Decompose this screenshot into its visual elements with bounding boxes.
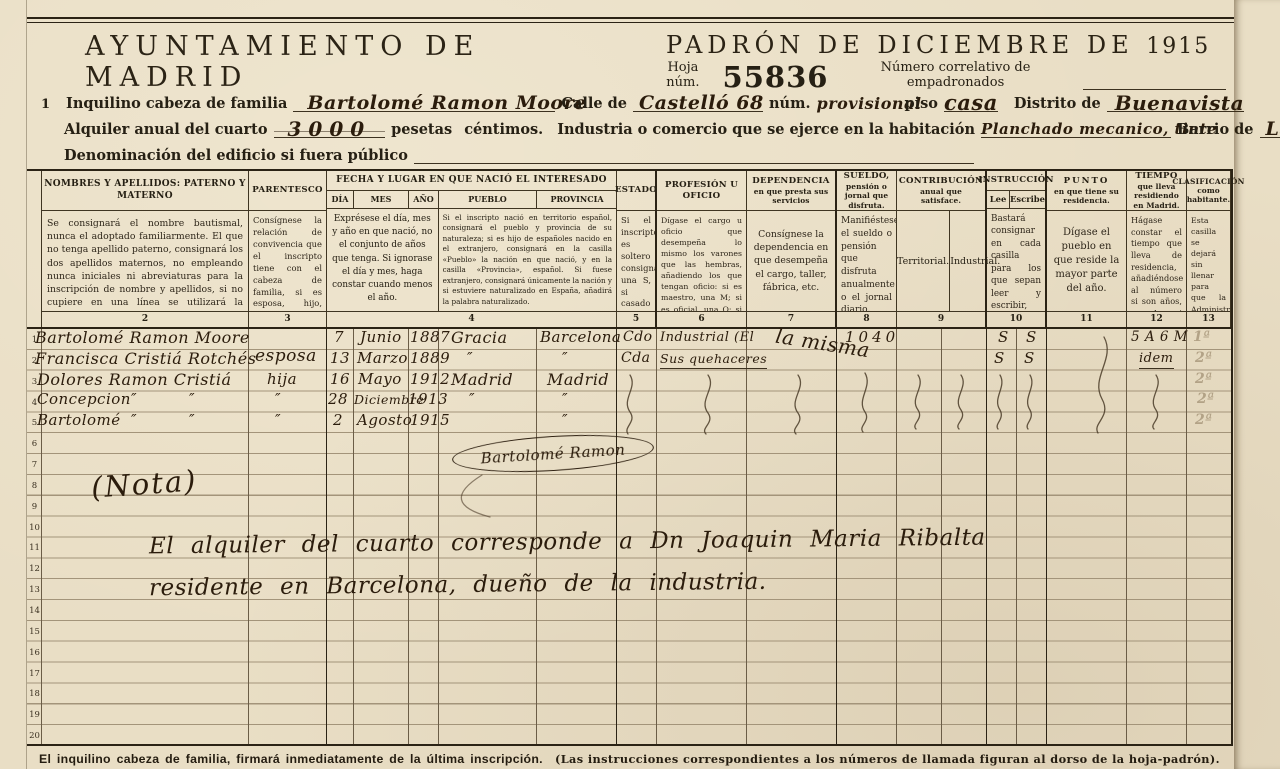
sueldo-title-sub: pensión o jornal que disfruta. (839, 182, 894, 210)
entry-name-2: Francisca Cristiá Rotchés (35, 348, 256, 369)
head-form: 1 Inquilino cabeza de familia Bartolomé … (27, 89, 1234, 164)
col-clasificacion-header: CLASIFICACIÓN como habitante. Esta casil… (1187, 171, 1231, 327)
clasificacion-title: CLASIFICACIÓN como habitante. (1187, 171, 1230, 211)
industria-value: Planchado mecanico, tinte (981, 121, 1171, 138)
col-estado-header: ESTADO Si el inscripto es soltero consig… (617, 171, 657, 327)
entry-clasificacion-5: 2ª (1195, 410, 1213, 431)
entry-tiempo-1: 5 A 6 M (1131, 327, 1188, 348)
col-rownum-header (27, 171, 42, 327)
calle-label: Calle de (561, 95, 627, 112)
signature-text: Bartolomé Ramon (480, 440, 626, 467)
parentesco-num: 3 (249, 311, 326, 327)
entry-lee-2: S (994, 348, 1005, 369)
contribucion-title-sub: anual que satisface. (899, 187, 983, 206)
industria-label: Industria o comercio que se ejerce en la… (557, 121, 975, 138)
entry-ano-3: 1912 (410, 369, 450, 390)
entry-clasificacion-1: 1ª (1193, 327, 1211, 348)
lee-label: Lee (987, 191, 1010, 208)
census-table: NOMBRES Y APELLIDOS: PATERNO Y MATERNO S… (27, 169, 1233, 746)
estado-num: 5 (617, 311, 655, 327)
ditto-mark: ″ (562, 389, 568, 410)
entry-estado-2: Cda (621, 348, 651, 369)
centimos-label: céntimos. (464, 121, 543, 138)
instruccion-num: 10 (987, 311, 1045, 327)
entry-parentesco-3: hija (267, 369, 297, 390)
sueldo-title: SUELDO, pensión o jornal que disfruta. (837, 171, 896, 211)
hoja-label: Hoja núm. (650, 60, 715, 90)
tiempo-instr: Hágase constar el tiempo que lleva de re… (1127, 211, 1186, 311)
table-header: NOMBRES Y APELLIDOS: PATERNO Y MATERNO S… (27, 171, 1231, 329)
entry-parentesco-2: esposa (255, 346, 317, 367)
alquiler-label: Alquiler anual del cuarto (64, 121, 268, 138)
col-sueldo-header: SUELDO, pensión o jornal que disfruta. M… (837, 171, 897, 327)
nombres-title: NOMBRES Y APELLIDOS: PATERNO Y MATERNO (42, 171, 248, 211)
alquiler-value: 3000 (274, 121, 386, 138)
entry-mes-1: Junio (360, 327, 402, 348)
dependencia-title-sub: en que presta sus servicios (749, 187, 833, 206)
padron-title-text: PADRÓN DE DICIEMBRE DE (666, 31, 1134, 59)
dependencia-instr: Consígnese la dependencia en que desempe… (747, 211, 835, 311)
entry-name-3: Dolores Ramon Cristiá (37, 369, 232, 390)
entry-mes-3: Mayo (358, 369, 402, 390)
profesion-instr: Dígase el cargo u oficio que desempeña l… (657, 211, 746, 311)
footer-right-instruction: (Las instrucciones correspondientes a lo… (555, 752, 1220, 766)
entry-mes-5: Agosto (357, 410, 412, 431)
punto-title-sub: en que tiene su residencia. (1049, 187, 1124, 206)
col-contribucion-header: CONTRIBUCIÓN anual que satisface. Territ… (897, 171, 987, 327)
pesetas-label: pesetas (391, 121, 452, 138)
form-line-1: 1 Inquilino cabeza de familia Bartolomé … (41, 91, 1224, 112)
entry-clasificacion-2: 2ª (1195, 348, 1213, 369)
ditto-mark: ″ (275, 389, 281, 410)
ditto-mark: ″ (131, 389, 137, 410)
col-tiempo-header: TIEMPO que lleva residiendo en Madrid. H… (1127, 171, 1187, 327)
col-dependencia-header: DEPENDENCIA en que presta sus servicios … (747, 171, 837, 327)
punto-num: 11 (1047, 311, 1126, 327)
col-parentesco-header: PARENTESCO Consígnese la relación de con… (249, 171, 327, 327)
profesion-title: PROFESIÓN U OFICIO (657, 171, 746, 211)
calle-value: Castelló 68 (633, 95, 763, 112)
entry-dia-2: 13 (330, 348, 350, 369)
entry-name-1: Bartolomé Ramon Moore (35, 327, 250, 348)
ditto-mark: ″ (469, 389, 475, 410)
table-body: 1 2 3 4 5 6 7 8 9 10 11 12 13 14 15 16 1 (27, 329, 1231, 746)
city-title: AYUNTAMIENTO DE MADRID (85, 31, 650, 93)
instruccion-subheaders: Lee Escribe (987, 191, 1045, 209)
ditto-mark: ″ (131, 410, 137, 431)
ano-label: AÑO (409, 191, 439, 208)
instruccion-title: INSTRUCCIÓN (987, 171, 1045, 191)
dia-label: DÍA (327, 191, 354, 208)
contribucion-num: 9 (897, 311, 985, 327)
dependencia-num: 7 (747, 311, 835, 327)
ditto-mark: ″ (562, 410, 568, 431)
entry-dia-1: 7 (334, 327, 344, 348)
sheet-footer: El inquilino cabeza de familia, firmará … (27, 746, 1234, 766)
entry-provincia-1: Barcelona (540, 327, 621, 348)
ditto-mark: ″ (275, 410, 281, 431)
instruccion-instr: Bastará consignar en cada casilla para l… (987, 209, 1045, 311)
num-label: núm. (769, 95, 810, 112)
contribucion-title: CONTRIBUCIÓN anual que satisface. (897, 171, 985, 211)
profesion-num: 6 (657, 311, 746, 327)
entry-sueldo-1: 1040 (845, 327, 899, 348)
fecha-instr-right: Si el inscripto nació en territorio espa… (439, 209, 616, 311)
tiempo-title-sub: que lleva residiendo en Madrid. (1129, 182, 1184, 210)
entry-escribe-1: S (1026, 327, 1037, 348)
dependencia-title-main: DEPENDENCIA (752, 176, 830, 187)
num-value: provisional (817, 96, 899, 112)
clasificacion-title-sub: como habitante. (1187, 186, 1230, 205)
punto-instr: Dígase el pueblo en que reside la mayor … (1047, 211, 1126, 311)
mes-label: MES (354, 191, 409, 208)
correlativo-label: Número correlativo de empadronados (835, 60, 1075, 90)
padron-title-block: PADRÓN DE DICIEMBRE DE 1915 Hoja núm. 55… (650, 31, 1226, 90)
entry-ano-5: 1915 (410, 410, 450, 431)
ditto-mark: ″ (189, 389, 195, 410)
form-line-2: Alquiler anual del cuarto 3000 pesetas c… (41, 117, 1224, 138)
distrito-label: Distrito de (1014, 95, 1101, 112)
fecha-group-title: FECHA Y LUGAR EN QUE NACIÓ EL INTERESADO (327, 171, 616, 191)
entry-provincia-3: Madrid (547, 369, 609, 390)
masthead: AYUNTAMIENTO DE MADRID PADRÓN DE DICIEMB… (27, 23, 1234, 89)
entry-ano-2: 1889 (410, 348, 450, 369)
entry-mes-2: Marzo (357, 348, 408, 369)
provincia-label: PROVINCIA (537, 191, 617, 208)
padron-title: PADRÓN DE DICIEMBRE DE 1915 (650, 31, 1226, 59)
denominacion-label: Denominación del edificio si fuera públi… (64, 147, 408, 164)
ditto-mark: ″ (562, 348, 568, 369)
entry-pueblo-3: Madrid (451, 369, 513, 390)
pueblo-label: PUEBLO (439, 191, 537, 208)
entry-dia-4: 28 (328, 389, 348, 410)
entry-dia-5: 2 (333, 410, 343, 431)
col-nombres-header: NOMBRES Y APELLIDOS: PATERNO Y MATERNO S… (42, 171, 249, 327)
line-number: 1 (41, 97, 50, 112)
fecha-subheaders: DÍA MES AÑO PUEBLO PROVINCIA (327, 191, 616, 209)
entry-dia-3: 16 (330, 369, 350, 390)
entry-clasificacion-4: 2ª (1197, 389, 1215, 410)
clasificacion-num: 13 (1187, 311, 1230, 327)
punto-title: PUNTO en que tiene su residencia. (1047, 171, 1126, 211)
sueldo-title-main: SUELDO, (844, 171, 890, 182)
entry-profesion-2: Sus quehaceres (660, 348, 767, 369)
fecha-instructions: Exprésese el día, mes y año en que nació… (327, 209, 616, 311)
entry-clasificacion-3: 2ª (1195, 369, 1213, 390)
col-profesion-header: PROFESIÓN U OFICIO Dígase el cargo u ofi… (657, 171, 747, 327)
entry-ano-1: 1887 (410, 327, 450, 348)
territorial-label: Territorial. (897, 211, 950, 311)
entry-ano-4: 1913 (408, 389, 448, 410)
estado-instr: Si el inscripto es soltero consignará un… (617, 211, 655, 311)
fecha-num: 4 (327, 311, 616, 327)
distrito-value: Buenavista (1107, 95, 1244, 112)
form-line-3: Denominación del edificio si fuera públi… (41, 143, 1224, 164)
col-fecha-header: FECHA Y LUGAR EN QUE NACIÓ EL INTERESADO… (327, 171, 617, 327)
estado-title: ESTADO (617, 171, 655, 211)
inquilino-value: Bartolomé Ramon Moore (293, 95, 555, 112)
padron-year: 1915 (1146, 34, 1210, 59)
sueldo-num: 8 (837, 311, 896, 327)
contribucion-title-main: CONTRIBUCIÓN (899, 176, 983, 187)
hoja-number: 55836 (723, 65, 829, 90)
col-instruccion-header: INSTRUCCIÓN Lee Escribe Bastará consigna… (987, 171, 1047, 327)
scanned-census-page: AYUNTAMIENTO DE MADRID PADRÓN DE DICIEMB… (0, 0, 1280, 769)
nombres-instr: Se consignará el nombre bautismal, nunca… (42, 211, 248, 311)
padron-sheet: AYUNTAMIENTO DE MADRID PADRÓN DE DICIEMB… (26, 0, 1234, 769)
parentesco-title: PARENTESCO (249, 171, 326, 211)
fecha-instr-left: Exprésese el día, mes y año en que nació… (327, 209, 439, 311)
escribe-label: Escribe (1010, 191, 1045, 208)
tiempo-title-main: TIEMPO (1135, 171, 1177, 182)
dependencia-title: DEPENDENCIA en que presta sus servicios (747, 171, 835, 211)
nombres-num: 2 (42, 311, 248, 327)
entry-estado-1: Cdo (623, 327, 653, 348)
inquilino-label: Inquilino cabeza de familia (66, 95, 287, 112)
tiempo-num: 12 (1127, 311, 1186, 327)
contribucion-split: Territorial. Industrial. (897, 211, 985, 311)
piso-value: casa (944, 95, 998, 112)
entry-pueblo-1: Gracia (451, 327, 508, 348)
punto-title-main: PUNTO (1064, 176, 1110, 187)
entry-tiempo-2: idem (1139, 348, 1174, 369)
parentesco-instr: Consígnese la relación de convivencia qu… (249, 211, 326, 311)
entry-profesion-1: Industrial (El (660, 327, 754, 348)
piso-label: piso (905, 95, 938, 112)
ditto-mark: ″ (189, 410, 195, 431)
denominacion-blank (414, 150, 974, 164)
entry-lee-1: S (998, 327, 1009, 348)
entry-name-5: Bartolomé (37, 410, 121, 431)
hoja-line: Hoja núm. 55836 Número correlativo de em… (650, 60, 1226, 90)
clasificacion-instr: Esta casilla se dejará sin llenar para q… (1187, 211, 1230, 311)
ditto-mark: ″ (467, 348, 473, 369)
entry-escribe-2: S (1024, 348, 1035, 369)
col-punto-header: PUNTO en que tiene su residencia. Dígase… (1047, 171, 1127, 327)
footer-left-instruction: El inquilino cabeza de familia, firmará … (39, 752, 543, 766)
entry-name-4: Concepcion (37, 389, 131, 410)
book-binding-edge (1234, 0, 1280, 769)
correlativo-blank (1083, 76, 1226, 90)
sueldo-instr: Manifiéstese el sueldo o pensión que dis… (837, 211, 896, 311)
